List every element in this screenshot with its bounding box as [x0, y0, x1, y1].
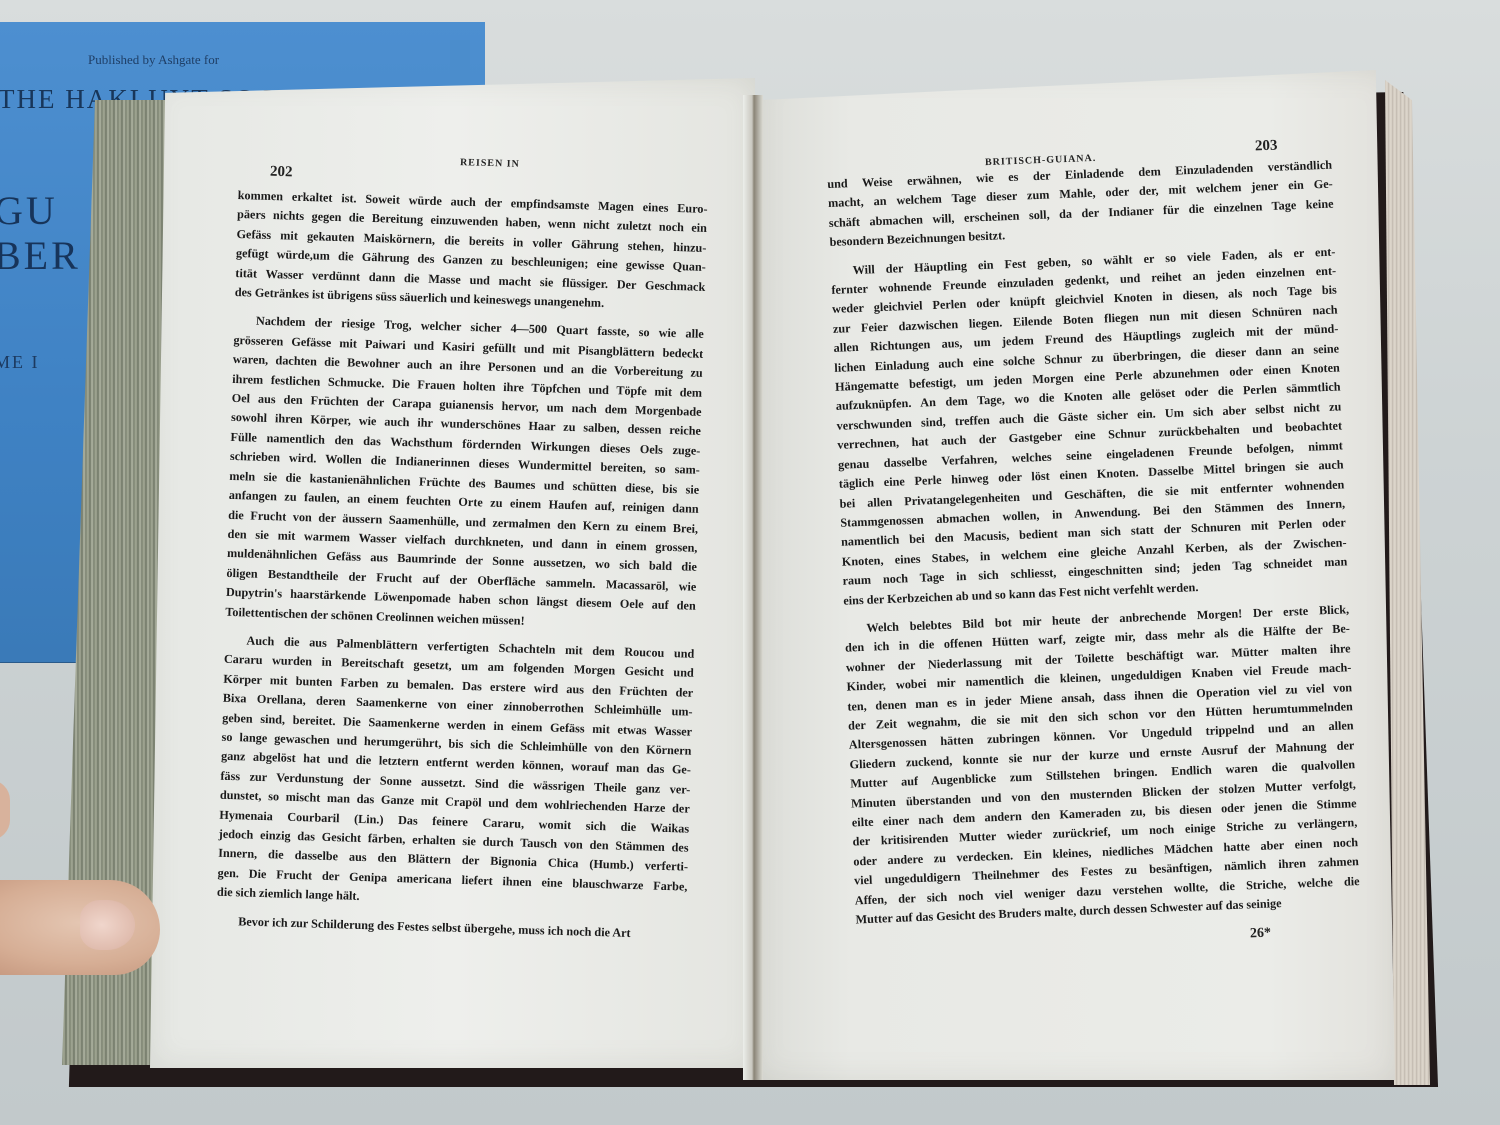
left-page: 202 REISEN IN kommen erkaltet ist. Sowei…	[150, 78, 755, 1068]
thumb	[0, 880, 160, 975]
photo-scene: Published by Ashgate for THE HAKLUYT SOC…	[0, 0, 1500, 1125]
thumbnail	[80, 900, 135, 950]
cover-fragment-1: GU	[0, 187, 58, 234]
signature-mark: 26*	[1250, 926, 1272, 943]
page-number-right: 203	[1255, 138, 1278, 156]
left-page-text: kommen erkaltet ist. Soweit würde auch d…	[216, 186, 708, 945]
right-page: 203 BRITISCH-GUIANA. und Weise erwähnen,…	[755, 70, 1395, 1080]
book-gutter	[743, 95, 763, 1080]
cover-fragment-2: BER	[0, 232, 81, 279]
running-head-left: REISEN IN	[460, 157, 520, 170]
right-page-text: und Weise erwähnen, wie es der Einladend…	[827, 156, 1361, 930]
volume-fragment: ME I	[0, 352, 40, 373]
page-number-left: 202	[270, 164, 293, 182]
publisher-line: Published by Ashgate for	[88, 52, 219, 68]
